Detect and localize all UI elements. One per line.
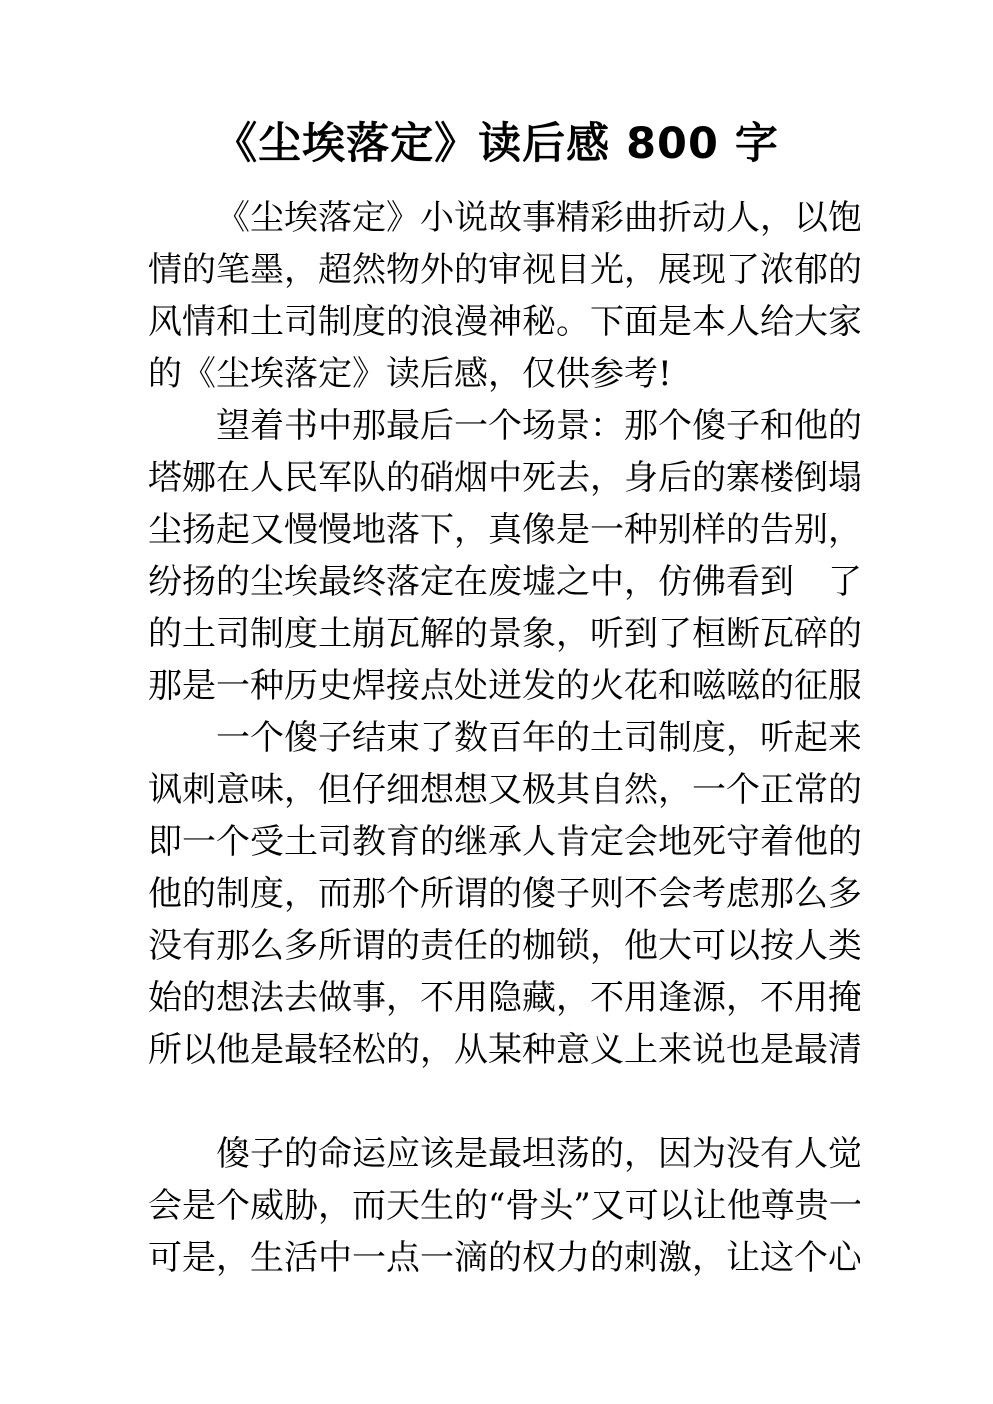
text-line: 可是，生活中一点一滴的权力的刺激，让这个心理最 bbox=[148, 1232, 860, 1284]
text-line: 风情和土司制度的浪漫神秘。下面是本人给大家带来 bbox=[148, 296, 860, 348]
text-line: 始的想法去做事，不用隐藏，不用逢源，不用掩饰， bbox=[148, 972, 860, 1024]
text-line: 尘扬起又慢慢地落下，真像是一种别样的告别，看那 bbox=[148, 504, 860, 556]
text-line: 纷扬的尘埃最终落定在废墟之中，仿佛看到 了没落 bbox=[148, 556, 860, 608]
text-line: 望着书中那最后一个场景：那个傻子和他的妻子 bbox=[148, 400, 860, 452]
text-line: 一个傻子结束了数百年的土司制度，听起来有点 bbox=[148, 712, 860, 764]
text-line: 《尘埃落定》小说故事精彩曲折动人，以饱含激 bbox=[148, 192, 860, 244]
paragraph: 《尘埃落定》小说故事精彩曲折动人，以饱含激情的笔墨，超然物外的审视目光，展现了浓… bbox=[148, 192, 860, 400]
text-line: 所以他是最轻松的，从某种意义上来说也是最清醒的。 bbox=[148, 1024, 860, 1076]
text-line: 那是一种历史焊接点处迸发的火花和嗞嗞的征服声。 bbox=[148, 660, 860, 712]
document-page: 《尘埃落定》读后感 800 字 《尘埃落定》小说故事精彩曲折动人，以饱含激情的笔… bbox=[0, 0, 993, 1404]
paragraph: 一个傻子结束了数百年的土司制度，听起来有点讽刺意味，但仔细想想又极其自然，一个正… bbox=[148, 712, 860, 1076]
text-line: 的土司制度土崩瓦解的景象，听到了桓断瓦碎的声音。 bbox=[148, 608, 860, 660]
paragraph: 望着书中那最后一个场景：那个傻子和他的妻子塔娜在人民军队的硝烟中死去，身后的寨楼… bbox=[148, 400, 860, 712]
text-line: 他的制度，而那个所谓的傻子则不会考虑那么多，他 bbox=[148, 868, 860, 920]
text-line: 会是个威胁，而天生的“骨头”又可以让他尊贵一生。 bbox=[148, 1180, 860, 1232]
text-line: 情的笔墨，超然物外的审视目光，展现了浓郁的民族 bbox=[148, 244, 860, 296]
blank-line bbox=[148, 1076, 860, 1128]
document-body: 《尘埃落定》小说故事精彩曲折动人，以饱含激情的笔墨，超然物外的审视目光，展现了浓… bbox=[148, 192, 860, 1284]
text-line: 即一个受土司教育的继承人肯定会地死守着他的家族 bbox=[148, 816, 860, 868]
text-line: 傻子的命运应该是最坦荡的，因为没有人觉得他 bbox=[148, 1128, 860, 1180]
paragraph: 傻子的命运应该是最坦荡的，因为没有人觉得他会是个威胁，而天生的“骨头”又可以让他… bbox=[148, 1128, 860, 1284]
text-line: 没有那么多所谓的责任的枷锁，他大可以按人类最原 bbox=[148, 920, 860, 972]
text-line: 塔娜在人民军队的硝烟中死去，身后的寨楼倒塌的灰 bbox=[148, 452, 860, 504]
text-line: 的《尘埃落定》读后感，仅供参考! bbox=[148, 348, 860, 400]
page-title: 《尘埃落定》读后感 800 字 bbox=[130, 112, 863, 176]
text-line: 讽刺意味，但仔细想想又极其自然，一个正常的人， bbox=[148, 764, 860, 816]
paragraph bbox=[148, 1076, 860, 1128]
